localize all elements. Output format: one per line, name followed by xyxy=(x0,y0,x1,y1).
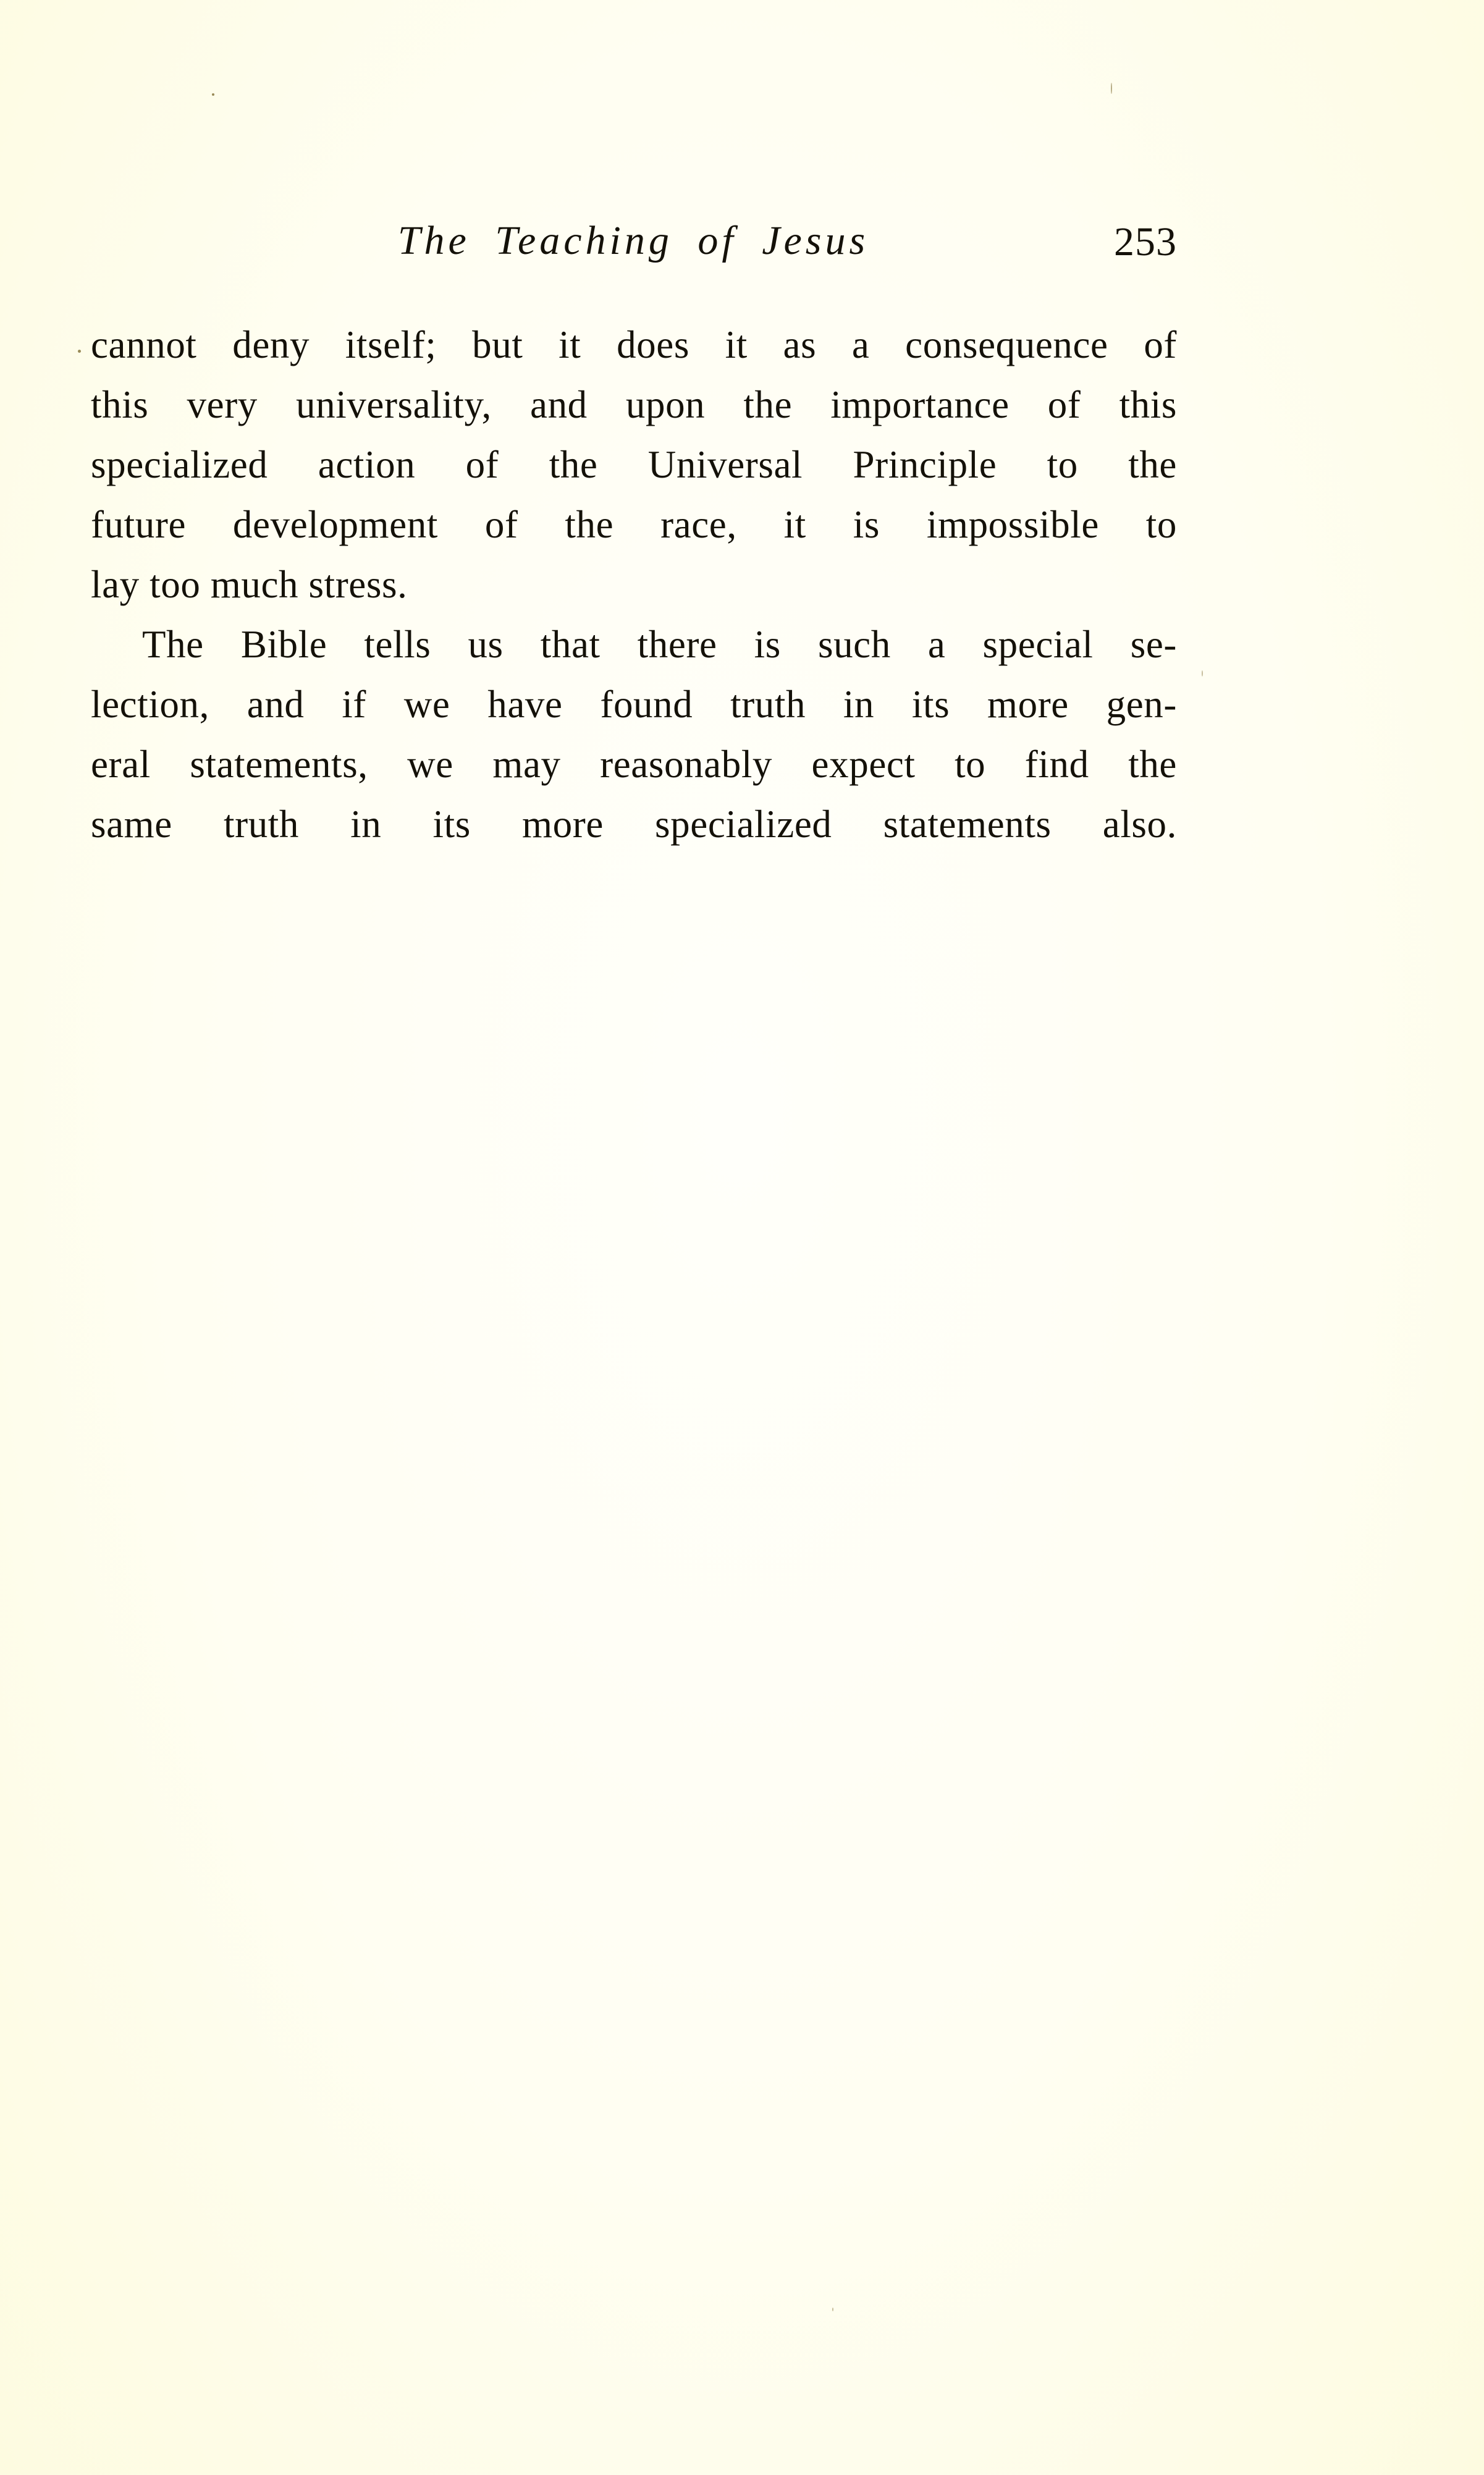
page-number: 253 xyxy=(1114,211,1177,273)
running-head: The Teaching of Jesus 253 xyxy=(91,210,1177,278)
text-line: future development of the race, it is im… xyxy=(91,495,1177,555)
running-title: The Teaching of Jesus xyxy=(90,210,1176,272)
book-page: The Teaching of Jesus 253 cannot deny it… xyxy=(0,0,1484,2475)
text-line: specialized action of the Universal Prin… xyxy=(91,435,1177,495)
text-line: cannot deny itself; but it does it as a … xyxy=(91,315,1177,375)
text-line: The Bible tells us that there is such a … xyxy=(91,615,1177,675)
body-text: cannot deny itself; but it does it as a … xyxy=(91,315,1177,854)
text-line: same truth in its more specialized state… xyxy=(91,795,1177,854)
scan-speck xyxy=(832,2308,833,2311)
text-line: lay too much stress. xyxy=(91,555,1177,615)
text-line: lection, and if we have found truth in i… xyxy=(91,675,1177,735)
paragraph: The Bible tells us that there is such a … xyxy=(91,615,1177,854)
scan-speck xyxy=(1202,670,1203,677)
text-line: this very universality, and upon the imp… xyxy=(91,375,1177,435)
scan-speck xyxy=(78,350,81,353)
text-line: eral statements, we may reasonably expec… xyxy=(91,735,1177,795)
scan-speck xyxy=(1111,83,1112,94)
paragraph-continued: cannot deny itself; but it does it as a … xyxy=(91,315,1177,615)
scan-speck xyxy=(212,93,214,96)
